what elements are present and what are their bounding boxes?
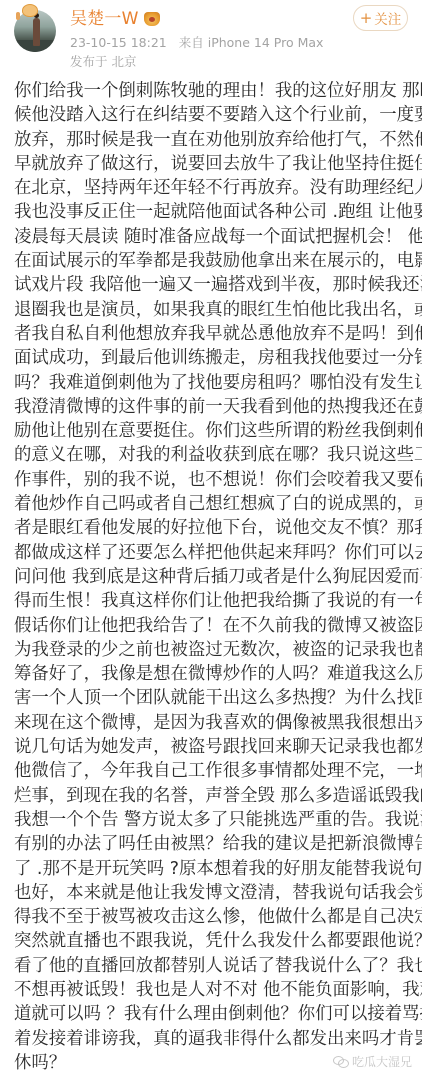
post-text-line: 退圈我也是演员，如果我真的眼红生怕他比我出名，或 (14, 298, 414, 322)
post-text-line: 我也没事反正住一起就陪他面试各种公司 .跑组 让他要 (14, 200, 414, 224)
post-body: 你们给我一个倒刺陈牧驰的理由！我的这位好朋友 那时 候他没踏入这行在纠结要不要踏… (14, 79, 414, 1075)
post-text-line: 我澄清微博的这件事的前一天我看到他的热搜我还在鼓 (14, 395, 414, 419)
post-text-line: 得而生恨！我真这样你们让他把我给撕了我说的有一句 (14, 589, 414, 613)
username[interactable]: 吴楚一W (70, 8, 139, 30)
crown-shape (144, 12, 160, 26)
post-text-line: 得我不至于被骂被攻击这么惨，他做什么都是自己决定 (14, 905, 414, 929)
post-text-line: 说几句话为她发声，被盗号跟找回来聊天记录我也都发 (14, 735, 414, 759)
post-text-line: 来现在这个微博，是因为我喜欢的偶像被黑我很想出来 (14, 711, 414, 735)
post-text-line: 者是眼红看他发展的好拉他下台，说他交友不慎？那我 (14, 516, 414, 540)
post-text-line: 假话你们让他把我给告了！在不久前我的微博又被盗因 (14, 614, 414, 638)
post-text-line: 者我自私自利他想放弃我早就怂恿他放弃不是吗！到他 (14, 322, 414, 346)
avatar-person-figure (33, 18, 40, 46)
post-text-line: 问问他 我到底是这种背后插刀或者是什么狗屁因爱而不 (14, 565, 414, 589)
avatar-pendant-icon (16, 4, 36, 20)
watermark-text: 吃瓜大湿兄 (352, 1053, 412, 1070)
post-text-line: 着他炒作自己吗或者自己想红想疯了白的说成黑的，或 (14, 492, 414, 516)
post-text-line: 凌晨每天晨读 随时准备应战每一个面试把握机会！ 他 (14, 225, 414, 249)
post-text-line: 着发接着诽谤我，真的逼我非得什么都发出来吗才肯罢 (14, 1027, 414, 1051)
post-source: 来自 iPhone 14 Pro Max (179, 35, 324, 50)
post-text-line: 道就可以吗 ？我有什么理由倒刺他？你们可以接着骂接 (14, 1002, 414, 1026)
follow-button[interactable]: + 关注 (353, 5, 408, 31)
plus-icon: + (360, 11, 373, 26)
wechat-icon (333, 1056, 349, 1068)
post-text-line: 也好，本来就是他让我发博文澄清，替我说句话我会觉 (14, 881, 414, 905)
post-text-line: 筹备好了，我像是想在微博炒作的人吗？难道我这么厉 (14, 662, 414, 686)
follow-label: 关注 (374, 8, 401, 28)
post-text-line: 早就放弃了做这行，说要回去放牛了我让他坚持住挺住 (14, 152, 414, 176)
post-text-line: 他微信了，今年我自己工作很多事情都处理不完，一堆 (14, 759, 414, 783)
post-text-line: 我想一个个告 警方说太多了只能挑选严重的告。我说没 (14, 808, 414, 832)
post-text-line: 试戏片段 我陪他一遍又一遍搭戏到半夜，那时候我还没 (14, 273, 414, 297)
post-text-line: 在北京，坚持两年还年轻不行再放弃。没有助理经纪人 (14, 176, 414, 200)
post-text-line: 面试成功，到最后他训练搬走，房租我找他要过一分钱 (14, 346, 414, 370)
post-text-line: 放弃，那时候是我一直在劝他别放弃给他打气，不然他 (14, 128, 414, 152)
post-text-line: 看了他的直播回放都替别人说话了替我说什么了？我也 (14, 954, 414, 978)
post-text-line: 有别的办法了吗任由被黑？给我的建议是把新浪微博告 (14, 832, 414, 856)
post-meta: 23-10-15 18:21来自 iPhone 14 Pro Max (70, 35, 323, 51)
post-text-line: 都做成这样了还要怎么样把他供起来拜吗？你们可以去 (14, 541, 414, 565)
post-text-line: 烂事，到现在我的名誉，声誉全毁 那么多造谣诋毁我的 (14, 784, 414, 808)
watermark: 吃瓜大湿兄 (333, 1053, 412, 1070)
post-text-line: 为我登录的少之前也被盗过无数次，被盗的记录我也都 (14, 638, 414, 662)
avatar-container[interactable] (10, 4, 60, 52)
post-header: 吴楚一W 23-10-15 18:21来自 iPhone 14 Pro Max … (0, 0, 422, 72)
post-text-line: 候他没踏入这行在纠结要不要踏入这个行业前，一度要 (14, 103, 414, 127)
post-text-line: 害一个人顶一个团队就能干出这么多热搜？为什么找回 (14, 686, 414, 710)
post-text-line: 作事件，别的我不说，也不想说！你们会咬着我又要借 (14, 468, 414, 492)
username-row: 吴楚一W (70, 8, 160, 30)
post-text-line: 了 .那不是开玩笑吗 ?原本想着我的好朋友能替我说句话 (14, 857, 414, 881)
post-text-line: 吗？我难道倒刺他为了找他要房租吗？哪怕没有发生让 (14, 371, 414, 395)
post-text-line: 你们给我一个倒刺陈牧驰的理由！我的这位好朋友 那时 (14, 79, 414, 103)
post-text-line: 不想再被诋毁！我也是人对不对 他不能负面影响，我难 (14, 978, 414, 1002)
post-text-line: 在面试展示的军拳都是我鼓励他拿出来在展示的，电影 (14, 249, 414, 273)
post-timestamp: 23-10-15 18:21 (70, 35, 167, 50)
pendant-cat-icon (22, 4, 38, 17)
post-text-line: 的意义在哪，对我的利益收获到底在哪？我只说这些工 (14, 443, 414, 467)
post-location: 发布于 北京 (70, 54, 136, 70)
post-text-line: 突然就直播也不跟我说，凭什么我发什么都要跟他说？ (14, 929, 414, 953)
post-text-line: 励他让他别在意要挺住。你们这些所谓的粉丝我倒刺他 (14, 419, 414, 443)
vip-crown-icon[interactable] (144, 12, 160, 26)
pendant-tag (16, 12, 20, 20)
